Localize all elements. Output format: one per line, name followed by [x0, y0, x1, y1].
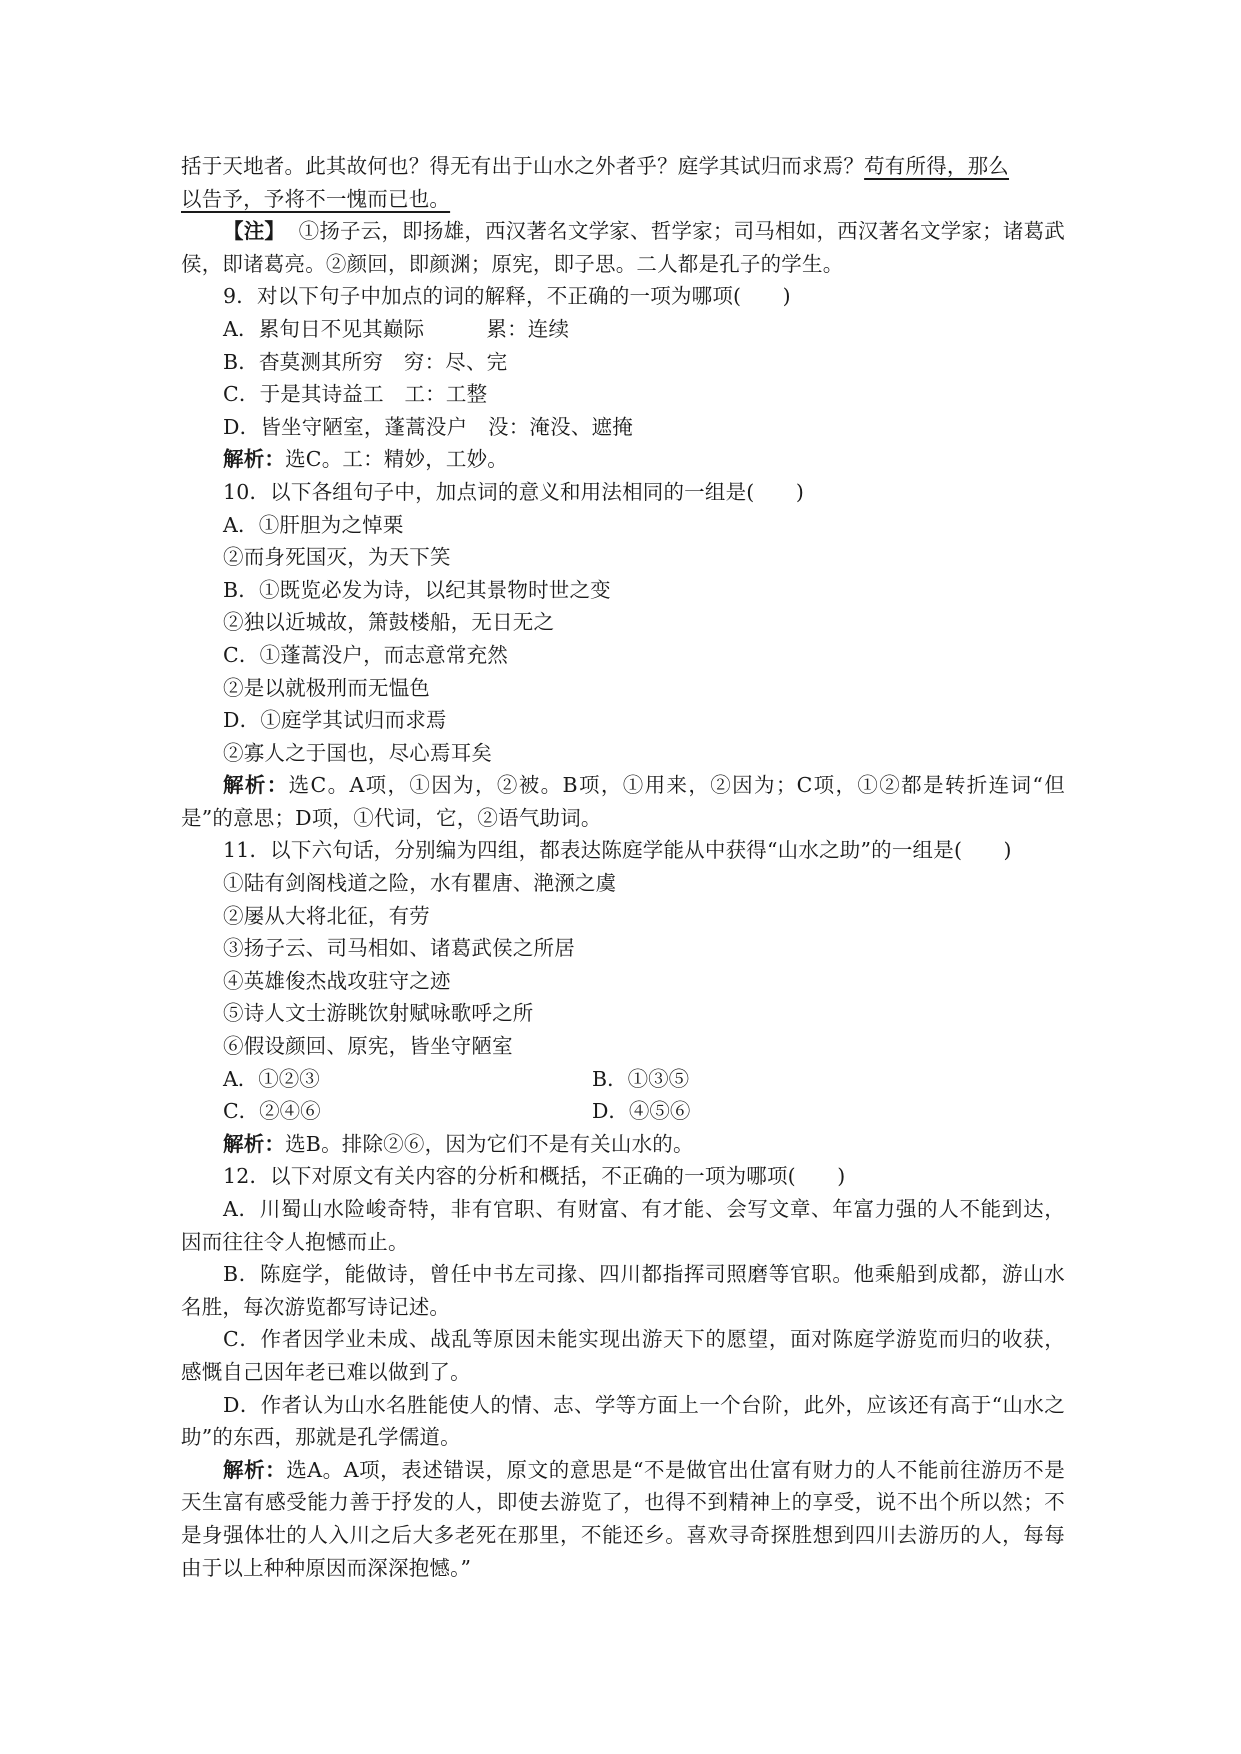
question-11-item-6: ⑥假设颜回、原宪，皆坐守陋室	[181, 1030, 1065, 1063]
analysis-label: 解析：	[223, 447, 285, 471]
question-10-analysis: 解析：选C。A项，①因为，②被。B项，①用来，②因为；C项，①②都是转折连词“但…	[181, 769, 1065, 834]
question-11-item-4: ④英雄俊杰战攻驻守之迹	[181, 965, 1065, 998]
question-12-option-a: A．川蜀山水险峻奇特，非有官职、有财富、有才能、会写文章、年富力强的人不能到达，…	[181, 1193, 1065, 1258]
question-9-analysis: 解析：选C。工：精妙，工妙。	[181, 443, 1065, 476]
question-12-analysis: 解析：选A。A项，表述错误，原文的意思是“不是做官出仕富有财力的人不能前往游历不…	[181, 1454, 1065, 1584]
passage-text: 括于天地者。此其故何也？得无有出于山水之外者乎？庭学其试归而求焉？	[181, 154, 864, 178]
question-11-option-a: A．①②③	[223, 1063, 592, 1096]
question-11-item-3: ③扬子云、司马相如、诸葛武侯之所居	[181, 932, 1065, 965]
question-11-option-b: B．①③⑤	[592, 1063, 961, 1096]
note-text: ①扬子云，即扬雄，西汉著名文学家、哲学家；司马相如，西汉著名文学家；诸葛武侯，即…	[181, 219, 1065, 276]
document-page: 括于天地者。此其故何也？得无有出于山水之外者乎？庭学其试归而求焉？苟有所得，那么…	[181, 150, 1065, 1584]
question-11-item-2: ②屡从大将北征，有劳	[181, 900, 1065, 933]
analysis-label: 解析：	[223, 1132, 285, 1156]
analysis-label: 解析：	[223, 1458, 286, 1482]
question-11-item-5: ⑤诗人文士游眺饮射赋咏歌呼之所	[181, 997, 1065, 1030]
analysis-text: 选B。排除②⑥，因为它们不是有关山水的。	[285, 1132, 694, 1156]
question-10-option-c1: C．①蓬蒿没户，而志意常充然	[181, 639, 1065, 672]
question-11-options-row-1: A．①②③ B．①③⑤	[181, 1063, 1065, 1096]
question-11-options-row-2: C．②④⑥ D．④⑤⑥	[181, 1095, 1065, 1128]
analysis-text: 选C。A项，①因为，②被。B项，①用来，②因为；C项，①②都是转折连词“但是”的…	[181, 773, 1065, 830]
question-10-option-b1: B．①既览必发为诗，以纪其景物时世之变	[181, 574, 1065, 607]
question-10-option-b2: ②独以近城故，箫鼓楼船，无日无之	[181, 606, 1065, 639]
question-11-stem: 11．以下六句话，分别编为四组，都表达陈庭学能从中获得“山水之助”的一组是( )	[181, 834, 1065, 867]
question-10-option-c2: ②是以就极刑而无愠色	[181, 672, 1065, 705]
underlined-sentence: 苟有所得，那么	[864, 154, 1009, 178]
question-11-item-1: ①陆有剑阁栈道之险，水有瞿唐、滟滪之虞	[181, 867, 1065, 900]
question-12-stem: 12．以下对原文有关内容的分析和概括，不正确的一项为哪项( )	[181, 1160, 1065, 1193]
question-12-option-b: B．陈庭学，能做诗，曾任中书左司掾、四川都指挥司照磨等官职。他乘船到成都，游山水…	[181, 1258, 1065, 1323]
question-12-option-d: D．作者认为山水名胜能使人的情、志、学等方面上一个台阶，此外，应该还有高于“山水…	[181, 1389, 1065, 1454]
question-10-stem: 10．以下各组句子中，加点词的意义和用法相同的一组是( )	[181, 476, 1065, 509]
question-10-option-a2: ②而身死国灭，为天下笑	[181, 541, 1065, 574]
question-9-stem: 9．对以下句子中加点的词的解释，不正确的一项为哪项( )	[181, 280, 1065, 313]
question-9-option-c: C．于是其诗益工 工：工整	[181, 378, 1065, 411]
question-12-option-c: C．作者因学业未成、战乱等原因未能实现出游天下的愿望，面对陈庭学游览而归的收获，…	[181, 1323, 1065, 1388]
question-10-option-a1: A．①肝胆为之悼栗	[181, 509, 1065, 542]
analysis-text: 选A。A项，表述错误，原文的意思是“不是做官出仕富有财力的人不能前往游历不是天生…	[181, 1458, 1065, 1580]
question-11-analysis: 解析：选B。排除②⑥，因为它们不是有关山水的。	[181, 1128, 1065, 1161]
passage-line-2: 以告予，予将不一愧而已也。	[181, 183, 1065, 216]
question-9-option-d: D．皆坐守陋室，蓬蒿没户 没：淹没、遮掩	[181, 411, 1065, 444]
question-9-option-a: A．累旬日不见其巅际 累：连续	[181, 313, 1065, 346]
underlined-sentence: 以告予，予将不一愧而已也。	[181, 187, 450, 211]
analysis-text: 选C。工：精妙，工妙。	[285, 447, 508, 471]
question-9-option-b: B．杳莫测其所穷 穷：尽、完	[181, 346, 1065, 379]
note-label: 【注】	[223, 219, 285, 243]
question-11-option-c: C．②④⑥	[223, 1095, 592, 1128]
passage-line-1: 括于天地者。此其故何也？得无有出于山水之外者乎？庭学其试归而求焉？苟有所得，那么	[181, 150, 1065, 183]
question-11-option-d: D．④⑤⑥	[592, 1095, 961, 1128]
analysis-label: 解析：	[223, 773, 289, 797]
question-10-option-d1: D．①庭学其试归而求焉	[181, 704, 1065, 737]
question-10-option-d2: ②寡人之于国也，尽心焉耳矣	[181, 737, 1065, 770]
annotation-note: 【注】 ①扬子云，即扬雄，西汉著名文学家、哲学家；司马相如，西汉著名文学家；诸葛…	[181, 215, 1065, 280]
